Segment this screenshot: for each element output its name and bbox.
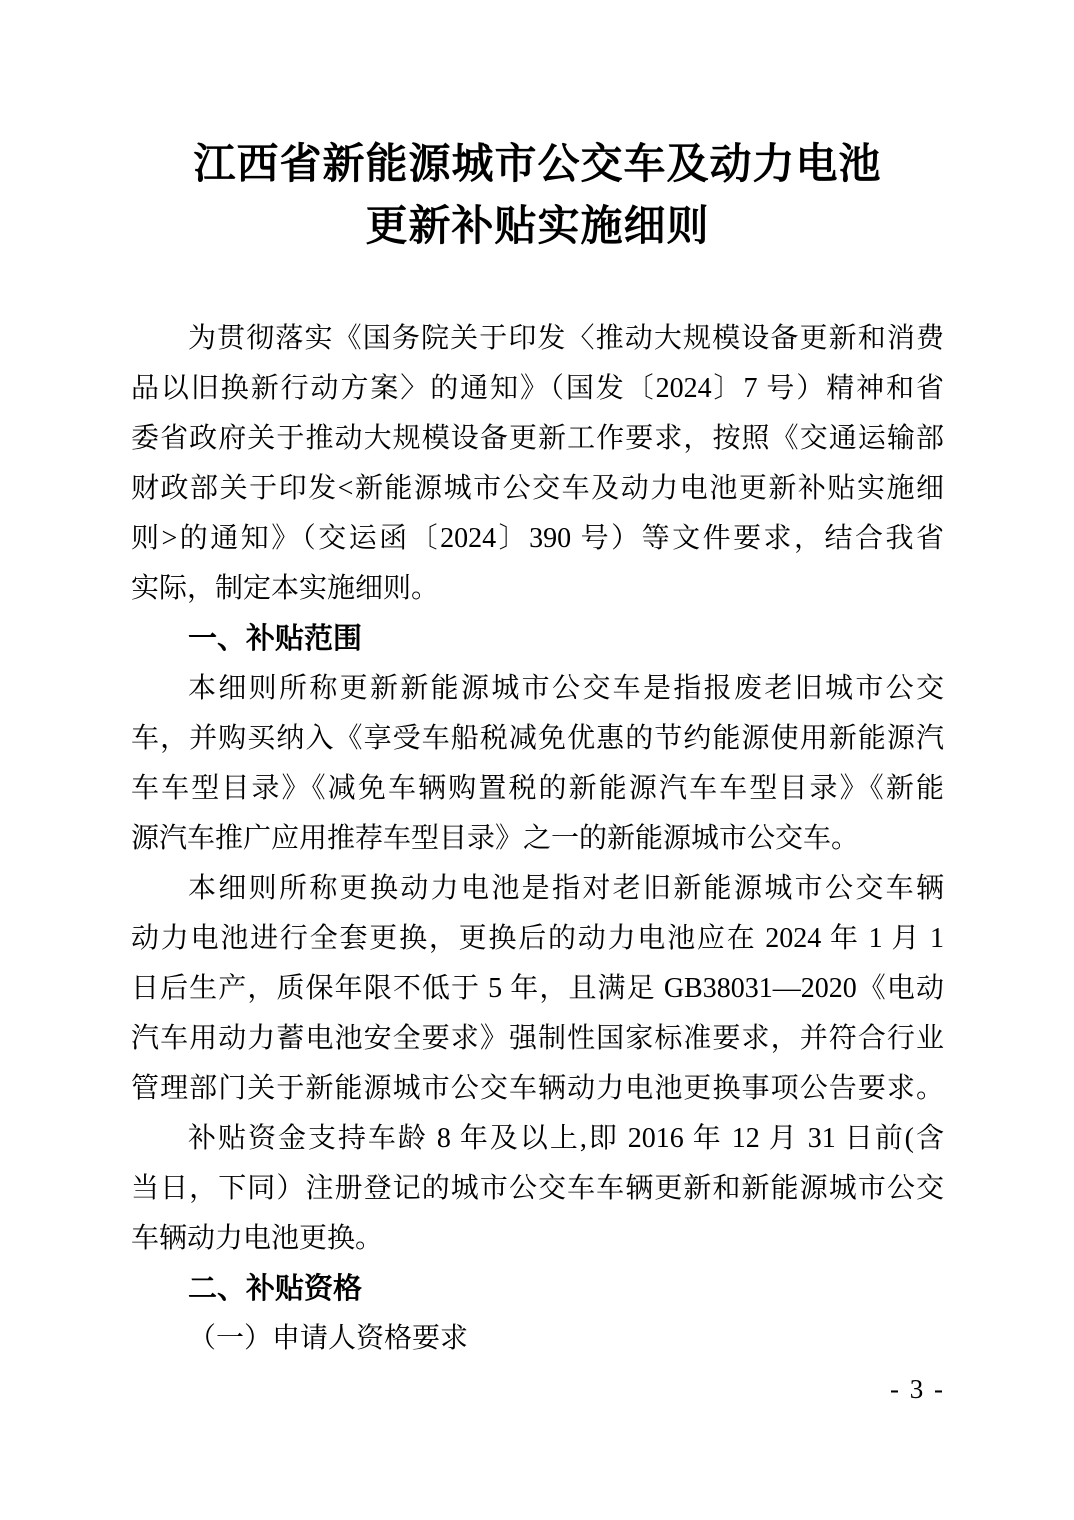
paragraph-2-line: 源汽车推广应用推荐车型目录》之一的新能源城市公交车。 [131, 814, 944, 864]
paragraph-4-line: 车辆动力电池更换。 [131, 1214, 944, 1264]
paragraph-1-line: 财政部关于印发<新能源城市公交车及动力电池更新补贴实施细 [131, 464, 944, 514]
title-line-1: 江西省新能源城市公交车及动力电池 [131, 134, 944, 196]
paragraph-1-line: 委省政府关于推动大规模设备更新工作要求，按照《交通运输部 [131, 414, 944, 464]
paragraph-3-line: 日后生产，质保年限不低于 5 年，且满足 GB38031—2020《电动 [131, 964, 944, 1014]
paragraph-2-line: 车车型目录》《减免车辆购置税的新能源汽车车型目录》《新能 [131, 764, 944, 814]
paragraph-1-line: 为贯彻落实《国务院关于印发〈推动大规模设备更新和消费 [131, 314, 944, 364]
paragraph-3-line: 动力电池进行全套更换，更换后的动力电池应在 2024 年 1 月 1 [131, 914, 944, 964]
document-page: 江西省新能源城市公交车及动力电池 更新补贴实施细则 为贯彻落实《国务院关于印发〈… [0, 0, 1074, 1520]
paragraph-1-line: 实际，制定本实施细则。 [131, 564, 944, 614]
title-line-2: 更新补贴实施细则 [131, 196, 944, 258]
paragraph-3-line: 管理部门关于新能源城市公交车辆动力电池更换事项公告要求。 [131, 1064, 944, 1114]
paragraph-1-line: 品以旧换新行动方案〉的通知》（国发〔2024〕7 号）精神和省 [131, 364, 944, 414]
paragraph-1-line: 则>的通知》（交运函〔2024〕390 号）等文件要求，结合我省 [131, 514, 944, 564]
paragraph-4-line: 补贴资金支持车龄 8 年及以上,即 2016 年 12 月 31 日前(含 [131, 1114, 944, 1164]
document-content: 江西省新能源城市公交车及动力电池 更新补贴实施细则 为贯彻落实《国务院关于印发〈… [131, 134, 944, 1364]
document-title: 江西省新能源城市公交车及动力电池 更新补贴实施细则 [131, 134, 944, 258]
section-heading-1: 一、补贴范围 [131, 614, 944, 664]
page-number: - 3 - [890, 1372, 945, 1406]
paragraph-5-line: （一）申请人资格要求 [131, 1314, 944, 1364]
paragraph-4-line: 当日，下同）注册登记的城市公交车车辆更新和新能源城市公交 [131, 1164, 944, 1214]
paragraph-3-line: 本细则所称更换动力电池是指对老旧新能源城市公交车辆 [131, 864, 944, 914]
paragraph-3-line: 汽车用动力蓄电池安全要求》强制性国家标准要求，并符合行业 [131, 1014, 944, 1064]
paragraph-2-line: 本细则所称更新新能源城市公交车是指报废老旧城市公交 [131, 664, 944, 714]
section-heading-2: 二、补贴资格 [131, 1264, 944, 1314]
paragraph-2-line: 车，并购买纳入《享受车船税减免优惠的节约能源使用新能源汽 [131, 714, 944, 764]
